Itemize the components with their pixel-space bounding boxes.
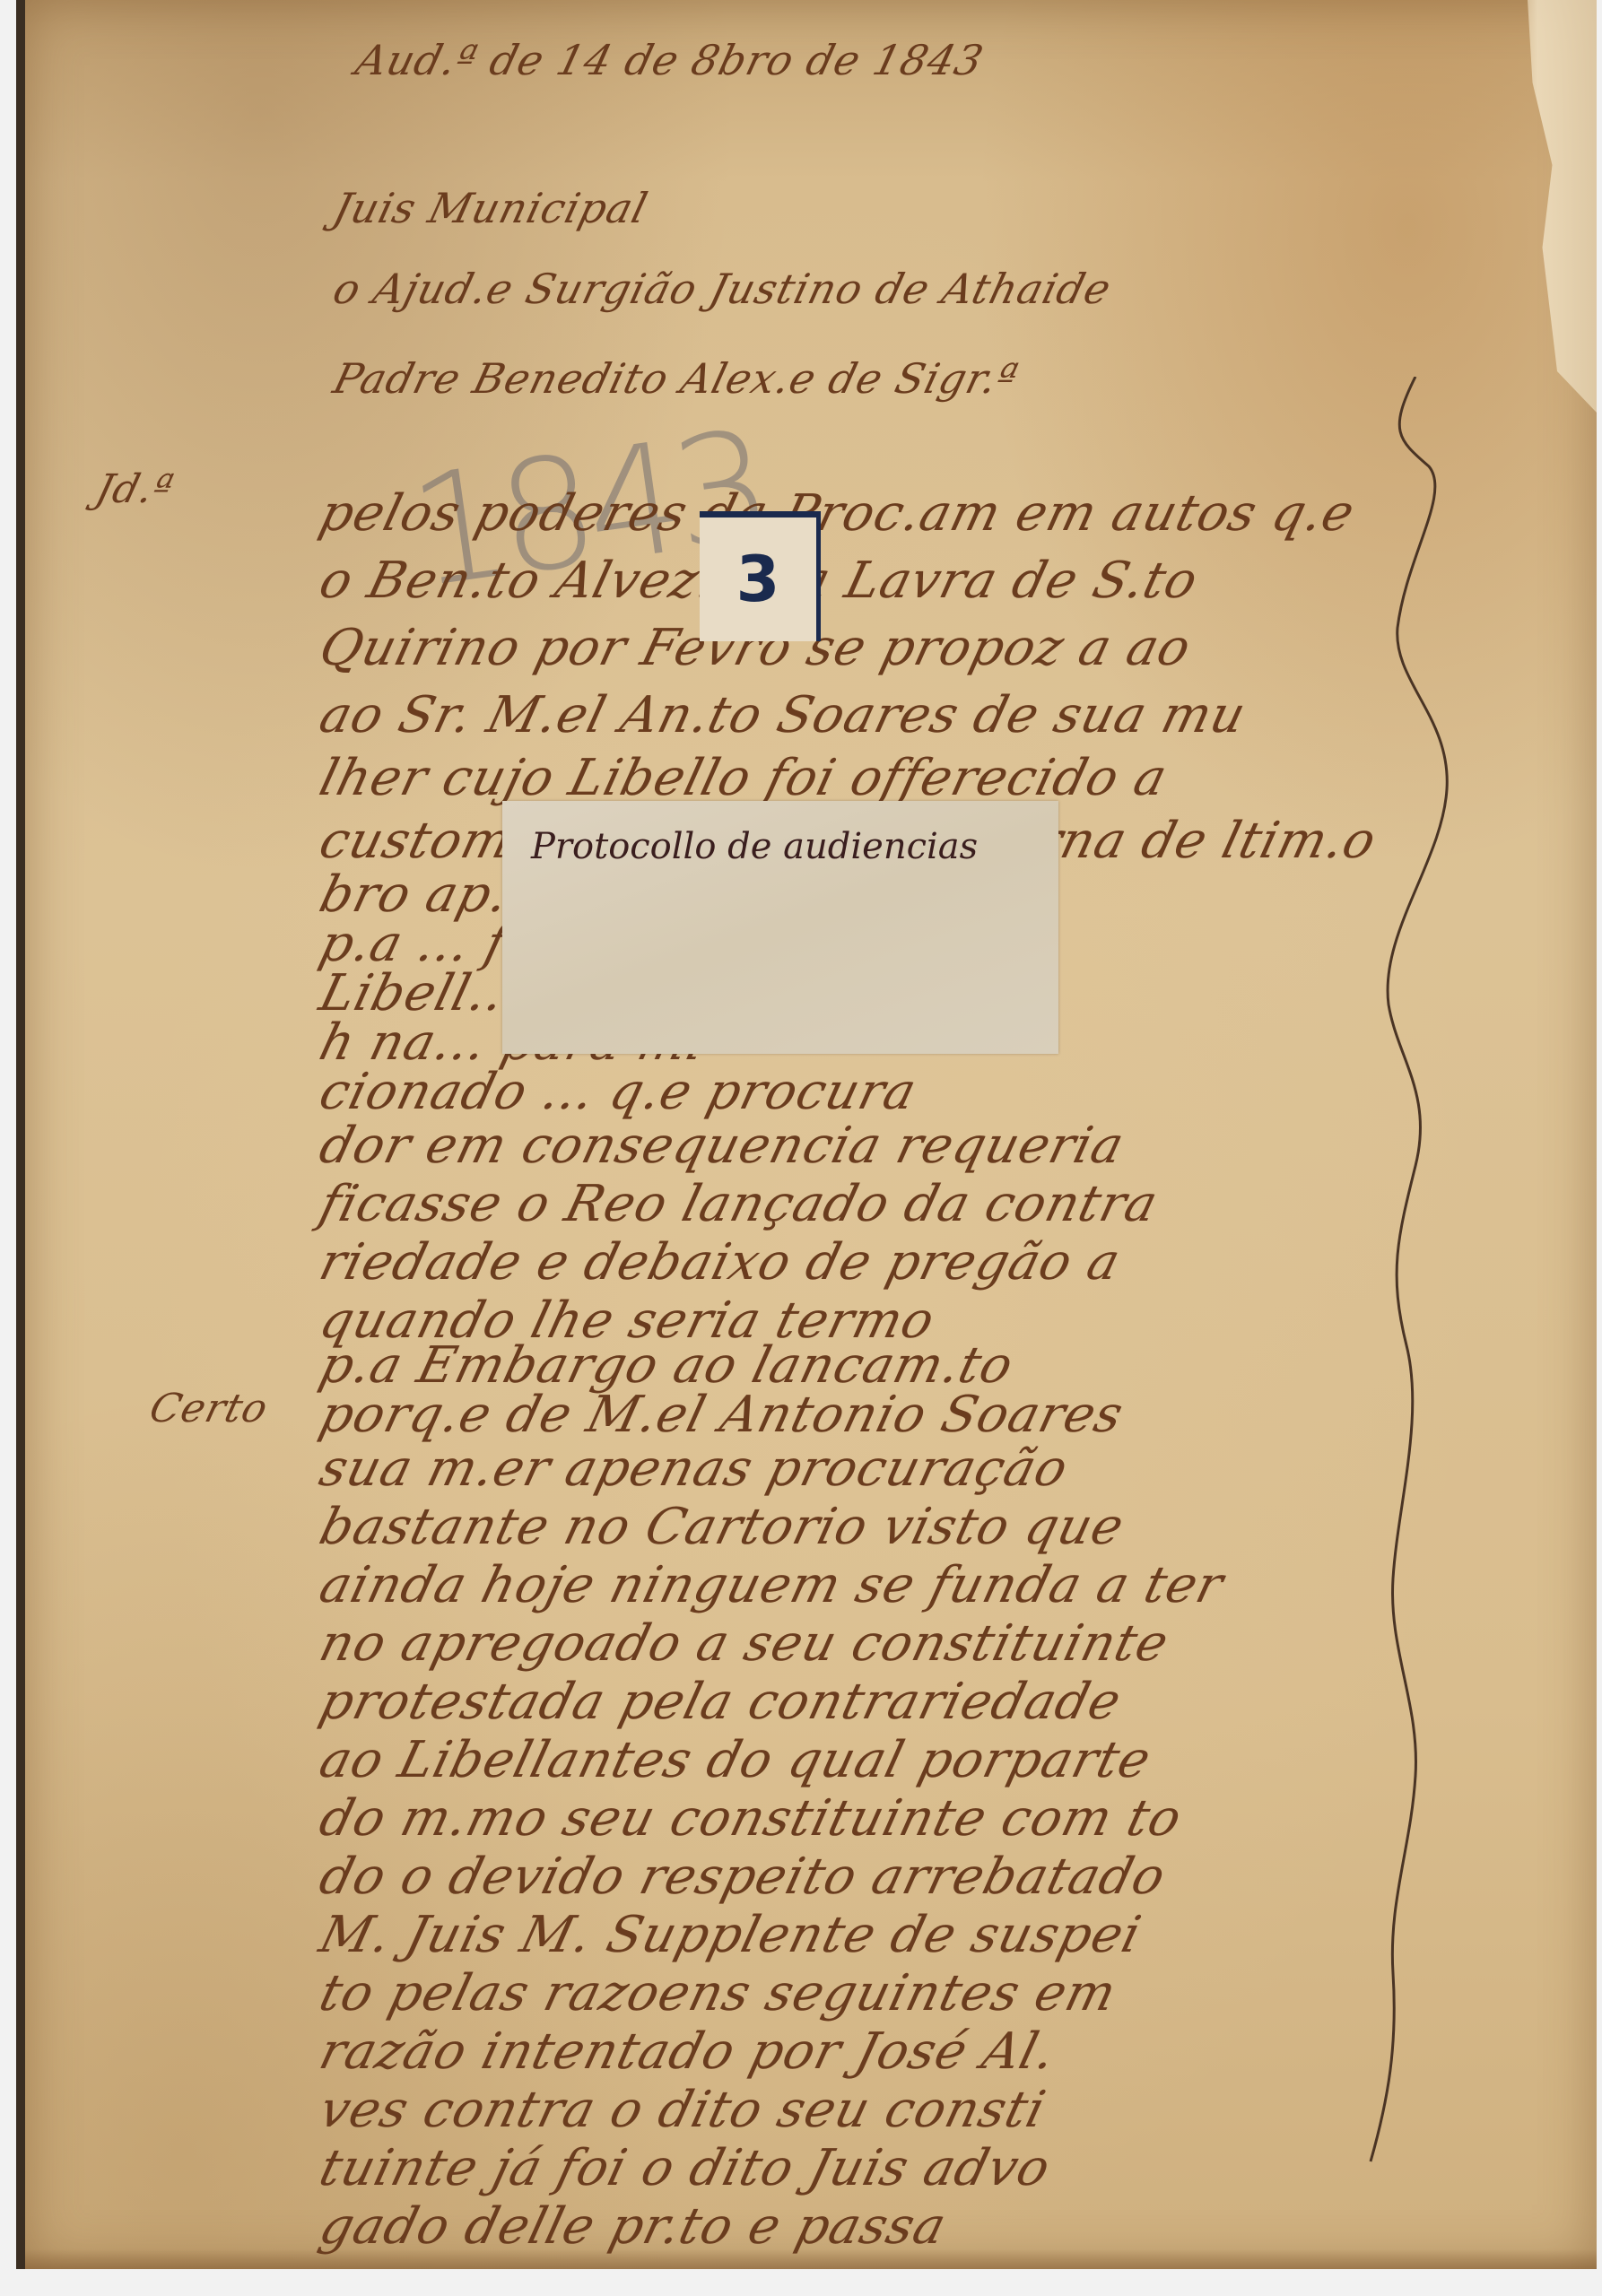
body-line: to pelas razoens seguintes em (314, 1964, 1122, 2022)
body-line: no apregoado a seu constituinte (314, 1614, 1175, 1673)
body-line: sua m.er apenas procuração (314, 1439, 1075, 1498)
body-line: ao Sr. M.el An.to Soares de sua mu (314, 686, 1252, 744)
body-line: dor em consequencia requeria (314, 1117, 1130, 1175)
body-line: tuinte já foi o dito Juis advo (314, 2139, 1057, 2197)
number-label-value: 3 (736, 543, 780, 616)
body-line: gado delle pr.to e passa (314, 2197, 953, 2256)
header-party-line-1: o Ajud.e Surgião Justino de Athaide (328, 265, 1116, 313)
number-label: 3 (700, 511, 821, 641)
margin-wavy-line (1353, 377, 1460, 2170)
body-line: porq.e de M.el Antonio Soares (314, 1386, 1129, 1444)
body-line: riedade e debaixo de pregão a (314, 1233, 1127, 1291)
body-line: bastante no Cartorio visto que (314, 1498, 1130, 1556)
body-line: do o devido respeito arrebatado (314, 1848, 1171, 1906)
body-line: ves contra o dito seu consti (314, 2081, 1051, 2139)
body-line: pelos poderes da Proc.am em autos q.e (314, 484, 1361, 543)
body-line: razão intentado por José Al. (314, 2022, 1062, 2081)
body-line: cionado ... q.e procura (314, 1063, 923, 1121)
title-label-text: Protocollo de audiencias (531, 826, 978, 867)
header-date-line: Aud.ª de 14 de 8bro de 1843 (351, 36, 988, 84)
body-line: protestada pela contrariedade (314, 1673, 1127, 1731)
body-line: ainda hoje ninguem se funda a ter (314, 1556, 1230, 1614)
margin-note-middle: Certo (145, 1386, 274, 1431)
body-line: do m.mo seu constituinte com to (314, 1789, 1188, 1848)
margin-note-top: Jd.ª (91, 466, 178, 512)
body-line: ficasse o Reo lançado da contra (314, 1175, 1164, 1233)
body-line: M. Juis M. Supplente de suspei (314, 1906, 1147, 1964)
title-label: Protocollo de audiencias (502, 801, 1058, 1054)
header-party-line-2: Padre Benedito Alex.e de Sigr.ª (328, 354, 1023, 403)
header-court-line: Juis Municipal (328, 184, 653, 232)
document-page: Aud.ª de 14 de 8bro de 1843 Juis Municip… (16, 0, 1597, 2269)
body-line: lher cujo Libello foi offerecido a (314, 749, 1173, 807)
body-line: ao Libellantes do qual porparte (314, 1731, 1157, 1789)
